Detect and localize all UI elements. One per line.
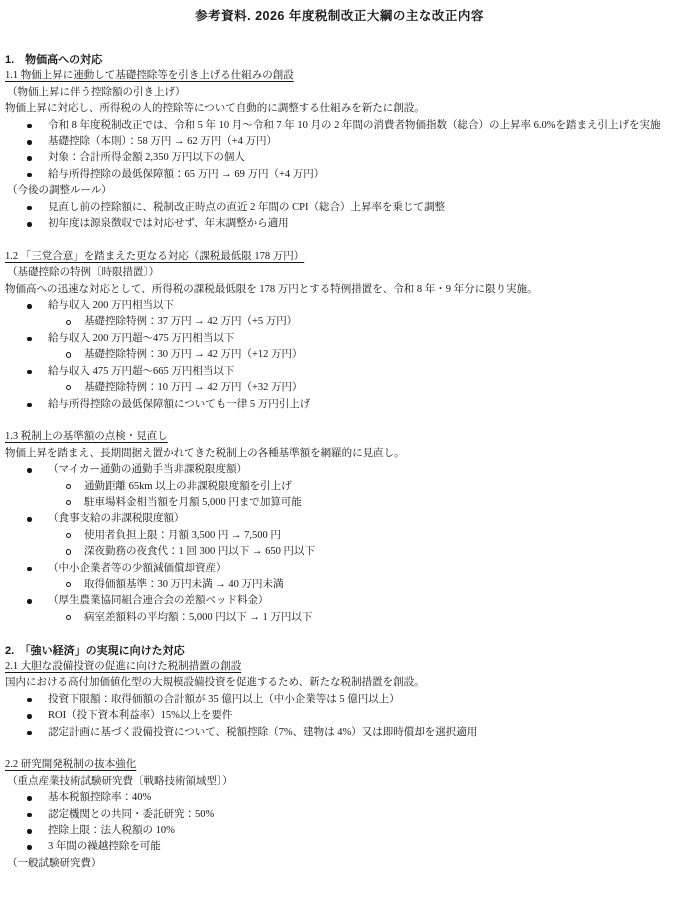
doc-line-text: 3 年間の繰越控除を可能	[48, 841, 161, 852]
doc-line-text: 基礎控除（本則）：58 万円 → 62 万円（+4 万円）	[48, 136, 277, 147]
doc-line-text: 物価高への迅速な対応として、所得税の課税最低限を 178 万円とする特例措置を、…	[5, 284, 538, 295]
doc-line-text: 控除上限：法人税額の 10%	[48, 825, 175, 836]
doc-line-text: 給与収入 200 万円超～475 万円相当以下	[48, 333, 234, 344]
doc-line-subbullet: 基礎控除特例：10 万円 → 42 万円（+32 万円）	[5, 380, 674, 396]
doc-line-bullet: （マイカー通勤の通勤手当非課税限度額）	[5, 462, 674, 478]
doc-line-bullet: 認定機関との共同・委託研究：50%	[5, 807, 674, 823]
doc-line-subbullet: 使用者負担上限：月額 3,500 円 → 7,500 円	[5, 528, 674, 544]
bullet-dot-icon	[27, 829, 32, 834]
bullet-dot-icon	[27, 304, 32, 309]
bullet-dot-icon	[27, 222, 32, 227]
doc-line-subsection: 1.3 税制上の基準額の点検・見直し	[5, 429, 674, 445]
doc-line-subbullet: 深夜勤務の夜食代：1 回 300 円以下 → 650 円以下	[5, 544, 674, 560]
doc-line-text: （今後の調整ルール）	[7, 185, 112, 196]
doc-line-text: 2.1 大胆な設備投資の促進に向けた税制措置の創設	[5, 661, 241, 672]
bullet-circle-icon	[66, 484, 71, 489]
doc-line-subsection: 2.2 研究開発税制の抜本強化	[5, 757, 674, 773]
doc-line-bullet: 給与収入 200 万円超～475 万円相当以下	[5, 331, 674, 347]
doc-line-bullet: 控除上限：法人税額の 10%	[5, 823, 674, 839]
bullet-dot-icon	[27, 599, 32, 604]
bullet-dot-icon	[27, 124, 32, 129]
bullet-circle-icon	[66, 320, 71, 325]
bullet-dot-icon	[27, 370, 32, 375]
doc-line-para: 物価高への迅速な対応として、所得税の課税最低限を 178 万円とする特例措置を、…	[5, 282, 674, 298]
doc-line-subbullet: 駐車場料金相当額を月額 5,000 円まで加算可能	[5, 495, 674, 511]
bullet-dot-icon	[27, 156, 32, 161]
doc-line-text: （厚生農業協同組合連合会の差額ベッド料金）	[48, 595, 269, 606]
bullet-dot-icon	[27, 731, 32, 736]
doc-line-text: ROI（投下資本利益率）15%以上を要件	[48, 710, 232, 721]
doc-line-text: 基礎控除特例：10 万円 → 42 万円（+32 万円）	[84, 382, 303, 393]
doc-line-note: （物価上昇に伴う控除額の引き上げ）	[5, 85, 674, 101]
doc-line-bullet: （食事支給の非課税限度額）	[5, 511, 674, 527]
doc-line-bullet: 給与所得控除の最低保障額：65 万円 → 69 万円（+4 万円）	[5, 167, 674, 183]
bullet-dot-icon	[27, 173, 32, 178]
doc-line-bullet: 給与収入 475 万円超～665 万円相当以下	[5, 364, 674, 380]
doc-line-bullet: 見直し前の控除額に、税制改正時点の直近 2 年間の CPI（総合）上昇率を乗じて…	[5, 200, 674, 216]
bullet-dot-icon	[27, 813, 32, 818]
bullet-circle-icon	[66, 582, 71, 587]
doc-line-subbullet: 通勤距離 65km 以上の非課税限度額を引上げ	[5, 479, 674, 495]
doc-line-bullet: 投資下限額：取得価額の合計額が 35 億円以上（中小企業等は 5 億円以上）	[5, 692, 674, 708]
doc-line-text: （マイカー通勤の通勤手当非課税限度額）	[48, 464, 247, 475]
doc-line-section: 2. 「強い経済」の実現に向けた対応	[5, 643, 674, 659]
doc-line-text: （中小企業者等の少額減価償却資産）	[48, 563, 227, 574]
doc-line-bullet: （中小企業者等の少額減価償却資産）	[5, 561, 674, 577]
doc-line-text: （重点産業技術試験研究費〔戦略技術領域型〕）	[7, 776, 233, 787]
bullet-dot-icon	[27, 403, 32, 408]
doc-line-para: 国内における高付加価値化型の大規模設備投資を促進するため、新たな税制措置を創設。	[5, 675, 674, 691]
doc-line-text: 病室差額料の平均額：5,000 円以下 → 1 万円以下	[84, 612, 312, 623]
doc-line-text: 給与所得控除の最低保障額：65 万円 → 69 万円（+4 万円）	[48, 169, 324, 180]
doc-line-text: 駐車場料金相当額を月額 5,000 円まで加算可能	[84, 497, 302, 508]
doc-line-bullet: 給与収入 200 万円相当以下	[5, 298, 674, 314]
bullet-circle-icon	[66, 533, 71, 538]
doc-line-text: 認定計画に基づく設備投資について、税額控除（7%、建物は 4%）又は即時償却を選…	[48, 727, 477, 738]
doc-line-bullet: ROI（投下資本利益率）15%以上を要件	[5, 708, 674, 724]
doc-line-para: 物価上昇に対応し、所得税の人的控除等について自動的に調整する仕組みを新たに創設。	[5, 101, 674, 117]
doc-line-text: 2.2 研究開発税制の抜本強化	[5, 759, 136, 770]
bullet-dot-icon	[27, 337, 32, 342]
doc-line-text: 取得価額基準：30 万円未満 → 40 万円未満	[84, 579, 284, 590]
bullet-dot-icon	[27, 140, 32, 145]
page-title: 参考資料. 2026 年度税制改正大綱の主な改正内容	[5, 8, 674, 25]
bullet-dot-icon	[27, 698, 32, 703]
doc-line-section: 1. 物価高への対応	[5, 52, 674, 68]
doc-line-subbullet: 基礎控除特例：30 万円 → 42 万円（+12 万円）	[5, 347, 674, 363]
doc-line-text: 令和 8 年度税制改正では、令和 5 年 10 月～令和 7 年 10 月の 2…	[48, 120, 661, 131]
doc-line-text: （物価上昇に伴う控除額の引き上げ）	[7, 87, 186, 98]
doc-line-bullet: 3 年間の繰越控除を可能	[5, 839, 674, 855]
doc-line-text: 1.3 税制上の基準額の点検・見直し	[5, 431, 168, 442]
doc-line-gap	[5, 626, 674, 642]
doc-line-text: 深夜勤務の夜食代：1 回 300 円以下 → 650 円以下	[84, 546, 315, 557]
doc-line-text: 1.1 物価上昇に連動して基礎控除等を引き上げる仕組みの創設	[5, 70, 294, 81]
bullet-circle-icon	[66, 385, 71, 390]
doc-line-text: 給与所得控除の最低保障額についても一律 5 万円引上げ	[48, 399, 310, 410]
doc-line-bullet: 令和 8 年度税制改正では、令和 5 年 10 月～令和 7 年 10 月の 2…	[5, 118, 674, 134]
doc-line-bullet: 対象：合計所得金額 2,350 万円以下の個人	[5, 150, 674, 166]
doc-line-text: 基本税額控除率：40%	[48, 792, 151, 803]
doc-line-bullet: 認定計画に基づく設備投資について、税額控除（7%、建物は 4%）又は即時償却を選…	[5, 725, 674, 741]
doc-line-gap	[5, 413, 674, 429]
doc-line-gap	[5, 741, 674, 757]
doc-line-gap	[5, 232, 674, 248]
doc-line-text: 給与収入 475 万円超～665 万円相当以下	[48, 366, 234, 377]
document-body: 1. 物価高への対応1.1 物価上昇に連動して基礎控除等を引き上げる仕組みの創設…	[5, 52, 674, 872]
doc-line-text: 見直し前の控除額に、税制改正時点の直近 2 年間の CPI（総合）上昇率を乗じて…	[48, 202, 445, 213]
doc-line-subbullet: 病室差額料の平均額：5,000 円以下 → 1 万円以下	[5, 610, 674, 626]
bullet-circle-icon	[66, 500, 71, 505]
doc-line-note: （重点産業技術試験研究費〔戦略技術領域型〕）	[5, 774, 674, 790]
doc-line-text: 対象：合計所得金額 2,350 万円以下の個人	[48, 152, 245, 163]
doc-line-text: 物価上昇に対応し、所得税の人的控除等について自動的に調整する仕組みを新たに創設。	[5, 103, 425, 114]
doc-line-bullet: 給与所得控除の最低保障額についても一律 5 万円引上げ	[5, 397, 674, 413]
doc-line-text: 2. 「強い経済」の実現に向けた対応	[5, 645, 185, 657]
bullet-dot-icon	[27, 845, 32, 850]
bullet-dot-icon	[27, 206, 32, 211]
doc-line-note: （一般試験研究費）	[5, 856, 674, 872]
doc-line-bullet: 初年度は源泉徴収では対応せず、年末調整から適用	[5, 216, 674, 232]
doc-line-subbullet: 取得価額基準：30 万円未満 → 40 万円未満	[5, 577, 674, 593]
doc-line-note: （基礎控除の特例〔時限措置〕）	[5, 265, 674, 281]
bullet-dot-icon	[27, 517, 32, 522]
bullet-dot-icon	[27, 567, 32, 572]
doc-line-subbullet: 基礎控除特例：37 万円 → 42 万円（+5 万円）	[5, 314, 674, 330]
doc-line-text: 認定機関との共同・委託研究：50%	[48, 809, 214, 820]
doc-line-text: 国内における高付加価値化型の大規模設備投資を促進するため、新たな税制措置を創設。	[5, 677, 425, 688]
bullet-circle-icon	[66, 615, 71, 620]
doc-line-subsection: 1.1 物価上昇に連動して基礎控除等を引き上げる仕組みの創設	[5, 68, 674, 84]
doc-line-text: 基礎控除特例：37 万円 → 42 万円（+5 万円）	[84, 316, 297, 327]
doc-line-text: 給与収入 200 万円相当以下	[48, 300, 174, 311]
doc-line-text: 使用者負担上限：月額 3,500 円 → 7,500 円	[84, 530, 281, 541]
doc-line-text: 1. 物価高への対応	[5, 54, 102, 66]
doc-line-para: 物価上昇を踏まえ、長期間据え置かれてきた税制上の各種基準額を網羅的に見直し。	[5, 446, 674, 462]
doc-line-text: 通勤距離 65km 以上の非課税限度額を引上げ	[84, 481, 292, 492]
document-page: 参考資料. 2026 年度税制改正大綱の主な改正内容 1. 物価高への対応1.1…	[0, 0, 680, 900]
doc-line-subsection: 1.2 「三党合意」を踏まえた更なる対応（課税最低限 178 万円）	[5, 249, 674, 265]
doc-line-text: 初年度は源泉徴収では対応せず、年末調整から適用	[48, 218, 289, 229]
doc-line-bullet: （厚生農業協同組合連合会の差額ベッド料金）	[5, 593, 674, 609]
doc-line-note: （今後の調整ルール）	[5, 183, 674, 199]
doc-line-bullet: 基礎控除（本則）：58 万円 → 62 万円（+4 万円）	[5, 134, 674, 150]
doc-line-text: 1.2 「三党合意」を踏まえた更なる対応（課税最低限 178 万円）	[5, 251, 304, 262]
bullet-circle-icon	[66, 549, 71, 554]
doc-line-text: （食事支給の非課税限度額）	[48, 513, 185, 524]
bullet-dot-icon	[27, 796, 32, 801]
doc-line-text: 投資下限額：取得価額の合計額が 35 億円以上（中小企業等は 5 億円以上）	[48, 694, 400, 705]
doc-line-text: （一般試験研究費）	[7, 858, 102, 869]
bullet-dot-icon	[27, 714, 32, 719]
bullet-dot-icon	[27, 468, 32, 473]
bullet-circle-icon	[66, 352, 71, 357]
doc-line-subsection: 2.1 大胆な設備投資の促進に向けた税制措置の創設	[5, 659, 674, 675]
doc-line-bullet: 基本税額控除率：40%	[5, 790, 674, 806]
doc-line-text: 基礎控除特例：30 万円 → 42 万円（+12 万円）	[84, 349, 303, 360]
doc-line-text: 物価上昇を踏まえ、長期間据え置かれてきた税制上の各種基準額を網羅的に見直し。	[5, 448, 405, 459]
doc-line-text: （基礎控除の特例〔時限措置〕）	[7, 267, 159, 278]
